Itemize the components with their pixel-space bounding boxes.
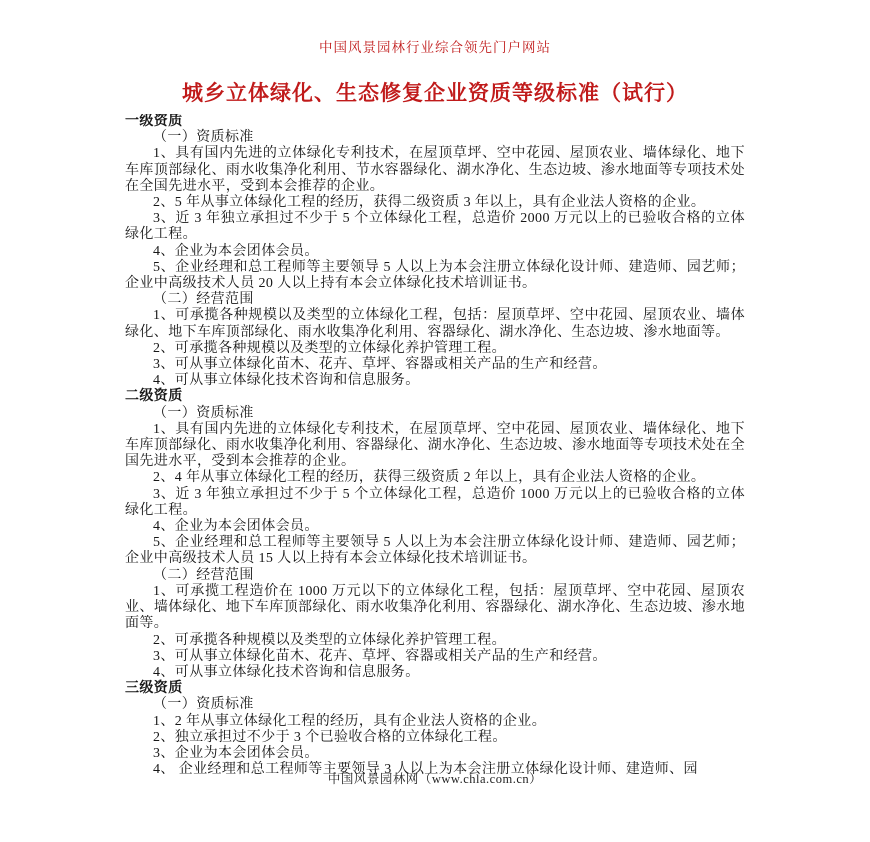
paragraph: 5、企业经理和总工程师等主要领导 5 人以上为本会注册立体绿化设计师、建造师、园… (125, 535, 745, 567)
section-heading-grade2: 二级资质 (125, 389, 745, 405)
paragraph: 1、可承揽工程造价在 1000 万元以下的立体绿化工程，包括：屋顶草坪、空中花园… (125, 584, 745, 633)
section-heading-grade3: 三级资质 (125, 681, 745, 697)
paragraph: （一）资质标准 (125, 697, 745, 713)
paragraph: 3、企业为本会团体会员。 (125, 746, 745, 762)
document-title: 城乡立体绿化、生态修复企业资质等级标准（试行） (0, 77, 870, 107)
paragraph: 3、近 3 年独立承担过不少于 5 个立体绿化工程，总造价 2000 万元以上的… (125, 211, 745, 243)
paragraph: 2、独立承担过不少于 3 个已验收合格的立体绿化工程。 (125, 730, 745, 746)
paragraph: 1、可承揽各种规模以及类型的立体绿化工程，包括：屋顶草坪、空中花园、屋顶农业、墙… (125, 308, 745, 340)
section-heading-grade1: 一级资质 (125, 114, 745, 130)
paragraph: （二）经营范围 (125, 292, 745, 308)
paragraph: 2、可承揽各种规模以及类型的立体绿化养护管理工程。 (125, 341, 745, 357)
paragraph: 4、可从事立体绿化技术咨询和信息服务。 (125, 665, 745, 681)
paragraph: 2、5 年从事立体绿化工程的经历，获得二级资质 3 年以上，具有企业法人资格的企… (125, 195, 745, 211)
paragraph: 3、可从事立体绿化苗木、花卉、草坪、容器或相关产品的生产和经营。 (125, 357, 745, 373)
paragraph: 4、可从事立体绿化技术咨询和信息服务。 (125, 373, 745, 389)
paragraph: 1、具有国内先进的立体绿化专利技术，在屋顶草坪、空中花园、屋顶农业、墙体绿化、地… (125, 422, 745, 471)
paragraph: 3、近 3 年独立承担过不少于 5 个立体绿化工程，总造价 1000 万元以上的… (125, 487, 745, 519)
paragraph: 5、企业经理和总工程师等主要领导 5 人以上为本会注册立体绿化设计师、建造师、园… (125, 260, 745, 292)
paragraph: 1、2 年从事立体绿化工程的经历，具有企业法人资格的企业。 (125, 714, 745, 730)
paragraph: （二）经营范围 (125, 568, 745, 584)
document-body: 一级资质 （一）资质标准 1、具有国内先进的立体绿化专利技术，在屋顶草坪、空中花… (125, 114, 745, 776)
paragraph: 2、可承揽各种规模以及类型的立体绿化养护管理工程。 (125, 633, 745, 649)
footer-site-link: 中国风景园林网（www.chla.com.cn） (0, 769, 870, 787)
paragraph: 2、4 年从事立体绿化工程的经历，获得三级资质 2 年以上，具有企业法人资格的企… (125, 470, 745, 486)
paragraph: 4、企业为本会团体会员。 (125, 519, 745, 535)
paragraph: （一）资质标准 (125, 130, 745, 146)
document-page: 中国风景园林行业综合领先门户网站 城乡立体绿化、生态修复企业资质等级标准（试行）… (0, 0, 870, 842)
paragraph: 1、具有国内先进的立体绿化专利技术，在屋顶草坪、空中花园、屋顶农业、墙体绿化、地… (125, 146, 745, 195)
site-header-text: 中国风景园林行业综合领先门户网站 (0, 0, 870, 56)
paragraph: （一）资质标准 (125, 406, 745, 422)
paragraph: 4、企业为本会团体会员。 (125, 244, 745, 260)
paragraph: 3、可从事立体绿化苗木、花卉、草坪、容器或相关产品的生产和经营。 (125, 649, 745, 665)
